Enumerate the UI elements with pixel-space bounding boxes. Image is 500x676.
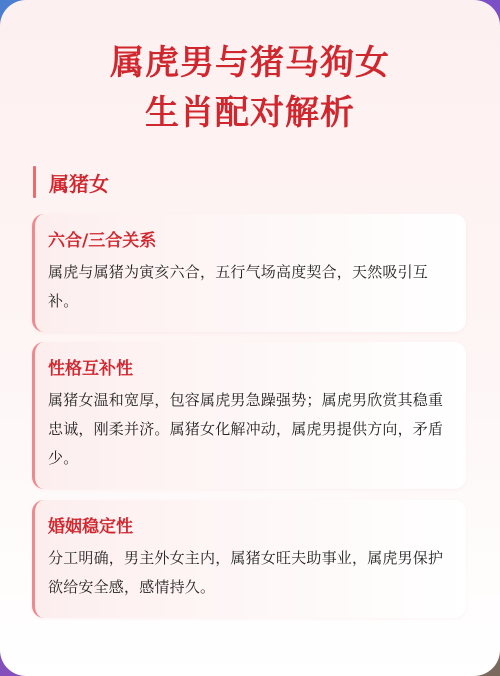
title-line-2: 生肖配对解析 bbox=[0, 88, 500, 138]
content-panel: 属虎男与猪马狗女 生肖配对解析 属猪女 六合/三合关系 属虎与属猪为寅亥六合，五… bbox=[0, 0, 500, 676]
section-accent-bar bbox=[33, 166, 36, 198]
card-personality-complement: 性格互补性 属猪女温和宽厚，包容属虎男急躁强势；属虎男欣赏其稳重忠诚，刚柔并济。… bbox=[32, 342, 466, 489]
card-title: 性格互补性 bbox=[48, 356, 450, 382]
card-liuhe-relationship: 六合/三合关系 属虎与属猪为寅亥六合，五行气场高度契合，天然吸引互补。 bbox=[32, 214, 466, 332]
section-header: 属猪女 bbox=[33, 166, 109, 198]
card-body: 属猪女温和宽厚，包容属虎男急躁强势；属虎男欣赏其稳重忠诚，刚柔并济。属猪女化解冲… bbox=[48, 386, 450, 473]
section-title: 属猪女 bbox=[49, 168, 109, 197]
title-line-1: 属虎男与猪马狗女 bbox=[0, 38, 500, 88]
card-marriage-stability: 婚姻稳定性 分工明确，男主外女主内，属猪女旺夫助事业，属虎男保护欲给安全感，感情… bbox=[32, 500, 466, 618]
page-title: 属虎男与猪马狗女 生肖配对解析 bbox=[0, 38, 500, 138]
card-body: 分工明确，男主外女主内，属猪女旺夫助事业，属虎男保护欲给安全感，感情持久。 bbox=[48, 544, 450, 602]
card-title: 六合/三合关系 bbox=[48, 228, 450, 254]
card-title: 婚姻稳定性 bbox=[48, 514, 450, 540]
card-body: 属虎与属猪为寅亥六合，五行气场高度契合，天然吸引互补。 bbox=[48, 258, 450, 316]
